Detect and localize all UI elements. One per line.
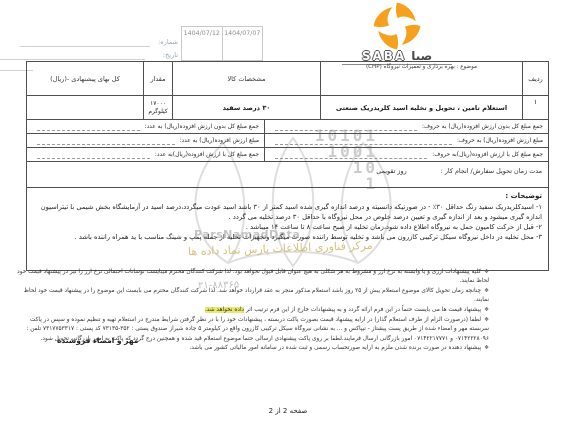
dotted-fill-line: [275, 150, 427, 159]
delivery-time-unit: روز تقویمی: [376, 167, 406, 175]
total-with-vat-words: جمع مبلغ کل با ارزش افزوده(ریال)به حروف:: [264, 148, 548, 161]
header-subject: موضوع : بهره برداری و تعمیرات نیروگاه (C…: [320, 62, 522, 95]
diamond-bullet-icon: ❖: [484, 307, 489, 313]
bullet-item-form-only: ❖پیشنهاد قیمت ها می بایست حتماً در این ف…: [15, 306, 489, 315]
item-specs: ۳۰ درصد سفید: [172, 96, 320, 119]
bullet-text: کلیه پیشنهادات ارزی و یا وابسته به نرخ ا…: [17, 269, 489, 284]
dates-box: 1404/07/07 1404/07/12: [181, 26, 263, 61]
delivery-time-label: مدت زمان تحویل سفارش/ انجام کار :: [441, 167, 542, 175]
delivery-time-cell: مدت زمان تحویل سفارش/ انجام کار : روز تق…: [27, 162, 548, 187]
date-fill-line: [0, 59, 145, 60]
header-specs: مشخصات کالا: [172, 62, 320, 95]
notes-row: توضیحات : ۱- اسیدکلریدریک سفید رنگ حداقل…: [27, 188, 548, 270]
header-row-number: ردیف: [522, 62, 548, 95]
total-with-vat-digits: جمع مبلغ کل با ارزش افزوده(ریال)به عدد:: [27, 148, 264, 161]
table-item-row: ۱ استعلام تامین ، تحویل و تخلیه اسید کلر…: [27, 96, 548, 120]
dotted-fill-line: [37, 136, 175, 145]
dotted-fill-line: [37, 150, 150, 159]
vat-amount-words: مبلغ ارزش افزوده(ریال) به حروف:: [264, 134, 548, 147]
item-quantity: ۱۷۰۰۰ کیلوگرم: [143, 96, 172, 119]
seller-signature-label: مهر و امضاء فروشنده: [57, 336, 138, 345]
bullet-text: پیشنهاد دهنده در صورت برنده شدن ملزم به …: [189, 345, 481, 351]
delivery-time-row: مدت زمان تحویل سفارش/ انجام کار : روز تق…: [27, 162, 548, 188]
inquiry-table: ردیف موضوع : بهره برداری و تعمیرات نیروگ…: [26, 61, 549, 271]
item-quantity-value: ۱۷۰۰۰: [150, 100, 166, 108]
date-label: تاریخ:: [163, 51, 178, 59]
table-header-row: ردیف موضوع : بهره برداری و تعمیرات نیروگ…: [27, 62, 548, 96]
page-number: صفحه 2 از 2: [0, 407, 576, 415]
dotted-fill-line: [37, 122, 140, 131]
diamond-bullet-icon: ❖: [484, 288, 489, 294]
inquiry-document-page: 10101 1001 10 1 ParsNamadData مرکز فناور…: [0, 0, 576, 438]
date-cell-left: 1404/07/12: [182, 27, 222, 60]
note-line-1: ۱- اسیدکلریدریک سفید رنگ حداقل ۳۰٪ - در …: [35, 202, 542, 222]
diamond-bullet-icon: ❖: [484, 317, 489, 323]
vat-amount-row: مبلغ ارزش افزوده(ریال) به حروف: مبلغ ارز…: [27, 134, 548, 148]
item-price-empty-cell: [27, 96, 143, 119]
bullet-item-currency: ❖کلیه پیشنهادات ارزی و یا وابسته به نرخ …: [15, 268, 489, 287]
number-label: شماره:: [158, 38, 178, 46]
bullet-text: پیشنهاد قیمت ها می بایست حتماً در این فر…: [244, 307, 481, 313]
header-quantity: مقدار: [143, 62, 172, 95]
note-line-2: ۲- قبل از حرکت کامیون حمل به نیروگاه اطل…: [35, 222, 542, 232]
bullet-item-delivery-contract: ❖چنانچه زمان تحویل کالای موضوع استعلام ب…: [15, 287, 489, 306]
company-logo: SABA صبا: [342, 1, 452, 65]
bullet-item-official-invoice: ❖پیشنهاد دهنده در صورت برنده شدن ملزم به…: [15, 344, 489, 353]
dotted-fill-line: [275, 122, 417, 131]
notes-cell: توضیحات : ۱- اسیدکلریدریک سفید رنگ حداقل…: [27, 188, 548, 270]
bullet-text: چنانچه زمان تحویل کالای موضوع استعلام بی…: [24, 288, 489, 303]
total-with-vat-row: جمع مبلغ کل با ارزش افزوده(ریال)به حروف:…: [27, 148, 548, 162]
bullet-text-highlighted: داده نخواهد شد.: [205, 307, 244, 313]
dotted-fill-line: [275, 136, 452, 145]
note-line-3: ۳- محل تخلیه در داخل نیروگاه سیکل ترکیبی…: [35, 232, 542, 242]
saba-swirl-icon: [372, 1, 422, 51]
vat-amount-digits: مبلغ ارزش افزوده(ریال) به عدد:: [27, 134, 264, 147]
header-total-price: کل بهای پیشنهادی -(ریال): [27, 62, 143, 95]
notes-title: توضیحات :: [35, 192, 542, 200]
diamond-bullet-icon: ❖: [484, 345, 489, 351]
total-without-vat-row: جمع مبلغ کل بدون ارزش افزوده(ریال) به حر…: [27, 120, 548, 134]
item-row-number: ۱: [522, 96, 548, 119]
number-fill-line: [20, 46, 150, 47]
total-without-vat-digits: جمع مبلغ کل بدون ارزش افزوده(ریال) به عد…: [27, 120, 264, 133]
item-subject: استعلام تامین ، تحویل و تخلیه اسید کلرید…: [320, 96, 522, 119]
date-cell-right: 1404/07/07: [222, 27, 263, 60]
total-without-vat-words: جمع مبلغ کل بدون ارزش افزوده(ریال) به حر…: [264, 120, 548, 133]
item-quantity-unit: کیلوگرم: [148, 108, 167, 116]
diamond-bullet-icon: ❖: [484, 269, 489, 275]
